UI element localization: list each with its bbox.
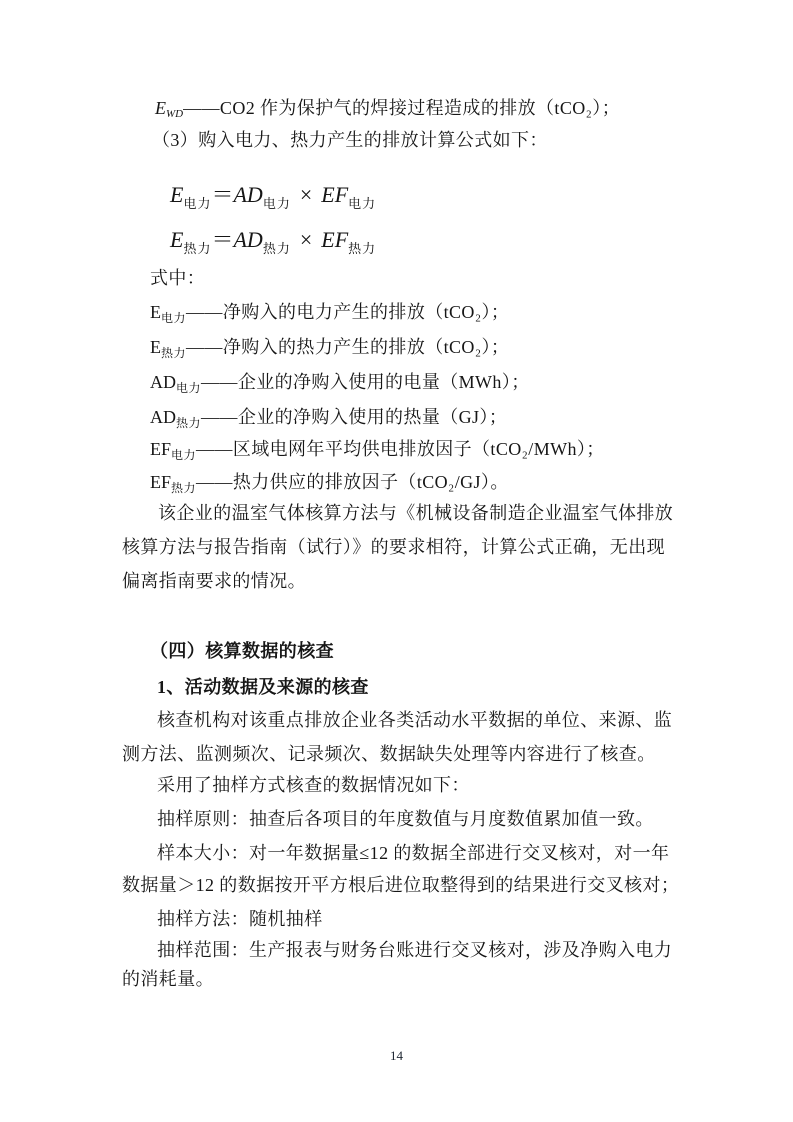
definition-line-ad-heat: AD热力——企业的净购入使用的热量（GJ）； bbox=[150, 404, 507, 436]
formula-subscript: 热力 bbox=[183, 241, 211, 256]
definition-line-e-electricity: E电力——净购入的电力产生的排放（tCO₂）； bbox=[150, 299, 509, 331]
formula-var: AD bbox=[233, 182, 262, 207]
definition-text: ——区域电网年平均供电排放因子（tCO₂/MWh）； bbox=[196, 439, 605, 459]
equals-sign: ＝ bbox=[211, 182, 233, 207]
paragraph-method-line3: 偏离指南要求的情况。 bbox=[122, 568, 306, 594]
formula-var: E bbox=[170, 227, 183, 252]
symbol: AD bbox=[150, 407, 176, 427]
formula-subscript: 电力 bbox=[183, 196, 211, 211]
paragraph-method-line2: 核算方法与报告指南（试行）》的要求相符，计算公式正确，无出现 bbox=[122, 534, 665, 560]
definition-line-ad-electricity: AD电力——企业的净购入使用的电量（MWh）； bbox=[150, 369, 530, 401]
subsection-heading-1: 1、活动数据及来源的核查 bbox=[157, 674, 369, 700]
symbol-subscript: 电力 bbox=[176, 381, 201, 395]
formula-var: E bbox=[170, 182, 183, 207]
definition-text: ——净购入的电力产生的排放（tCO₂）； bbox=[186, 302, 509, 322]
symbol-subscript: 热力 bbox=[176, 416, 201, 430]
symbol: AD bbox=[150, 372, 176, 392]
symbol-ewd: E bbox=[155, 98, 166, 118]
definition-line-ef-electricity: EF电力——区域电网年平均供电排放因子（tCO₂/MWh）； bbox=[150, 436, 605, 468]
paragraph-method-line1: 该企业的温室气体核算方法与《机械设备制造企业温室气体排放 bbox=[158, 500, 673, 526]
paragraph-sampling-principle: 抽样原则：抽查后各项目的年度数值与月度数值累加值一致。 bbox=[157, 806, 654, 832]
multiply-sign: × bbox=[300, 182, 312, 207]
formula-subscript: 热力 bbox=[348, 241, 376, 256]
formula-subscript: 电力 bbox=[348, 196, 376, 211]
formula-heat: E热力＝AD热力×EF热力 bbox=[170, 225, 376, 264]
section-heading-4: （四）核算数据的核查 bbox=[150, 638, 334, 664]
where-label: 式中： bbox=[150, 265, 205, 291]
equals-sign: ＝ bbox=[211, 227, 233, 252]
paragraph-check-line1: 核查机构对该重点排放企业各类活动水平数据的单位、来源、监 bbox=[157, 707, 672, 733]
formula-var: AD bbox=[233, 227, 262, 252]
paragraph-sampling-method: 抽样方法：随机抽样 bbox=[157, 906, 323, 932]
symbol: E bbox=[150, 302, 161, 322]
document-page: EWD——CO2 作为保护气的焊接过程造成的排放（tCO₂）； （3）购入电力、… bbox=[0, 0, 793, 1122]
formula-var: EF bbox=[321, 182, 348, 207]
page-number: 14 bbox=[0, 1048, 793, 1064]
symbol: EF bbox=[150, 472, 171, 492]
paragraph-samplesize-line2: 数据量＞12 的数据按开平方根后进位取整得到的结果进行交叉核对； bbox=[122, 872, 679, 898]
symbol-subscript: 热力 bbox=[161, 346, 186, 360]
definition-text: ——净购入的热力产生的排放（tCO₂）； bbox=[186, 337, 509, 357]
formula-electricity: E电力＝AD电力×EF电力 bbox=[170, 180, 376, 219]
symbol-subscript: 电力 bbox=[161, 311, 186, 325]
paragraph-samplesize-line1: 样本大小：对一年数据量≤12 的数据全部进行交叉核对，对一年 bbox=[157, 840, 669, 866]
definition-text: ——热力供应的排放因子（tCO₂/GJ）。 bbox=[196, 472, 509, 492]
definition-text: ——CO2 作为保护气的焊接过程造成的排放（tCO₂）； bbox=[183, 98, 620, 118]
multiply-sign: × bbox=[300, 227, 312, 252]
symbol-subscript: 电力 bbox=[171, 448, 196, 462]
symbol: E bbox=[150, 337, 161, 357]
formula-var: EF bbox=[321, 227, 348, 252]
definition-line-ewd: EWD——CO2 作为保护气的焊接过程造成的排放（tCO₂）； bbox=[155, 95, 620, 127]
paragraph-sampling-intro: 采用了抽样方式核查的数据情况如下： bbox=[157, 772, 470, 798]
symbol-subscript: 热力 bbox=[171, 481, 196, 495]
definition-text: ——企业的净购入使用的热量（GJ）； bbox=[201, 407, 507, 427]
paragraph-sampling-scope-line1: 抽样范围：生产报表与财务台账进行交叉核对，涉及净购入电力 bbox=[157, 937, 672, 963]
definition-line-e-heat: E热力——净购入的热力产生的排放（tCO₂）； bbox=[150, 334, 509, 366]
paragraph-sampling-scope-line2: 的消耗量。 bbox=[122, 966, 214, 992]
definition-text: ——企业的净购入使用的电量（MWh）； bbox=[201, 372, 530, 392]
symbol-ewd-subscript: WD bbox=[166, 108, 183, 120]
formula-subscript: 电力 bbox=[263, 196, 291, 211]
list-item-3: （3）购入电力、热力产生的排放计算公式如下： bbox=[152, 127, 548, 153]
symbol: EF bbox=[150, 439, 171, 459]
definition-line-ef-heat: EF热力——热力供应的排放因子（tCO₂/GJ）。 bbox=[150, 469, 509, 501]
paragraph-check-line2: 测方法、监测频次、记录频次、数据缺失处理等内容进行了核查。 bbox=[122, 741, 656, 767]
formula-subscript: 热力 bbox=[263, 241, 291, 256]
